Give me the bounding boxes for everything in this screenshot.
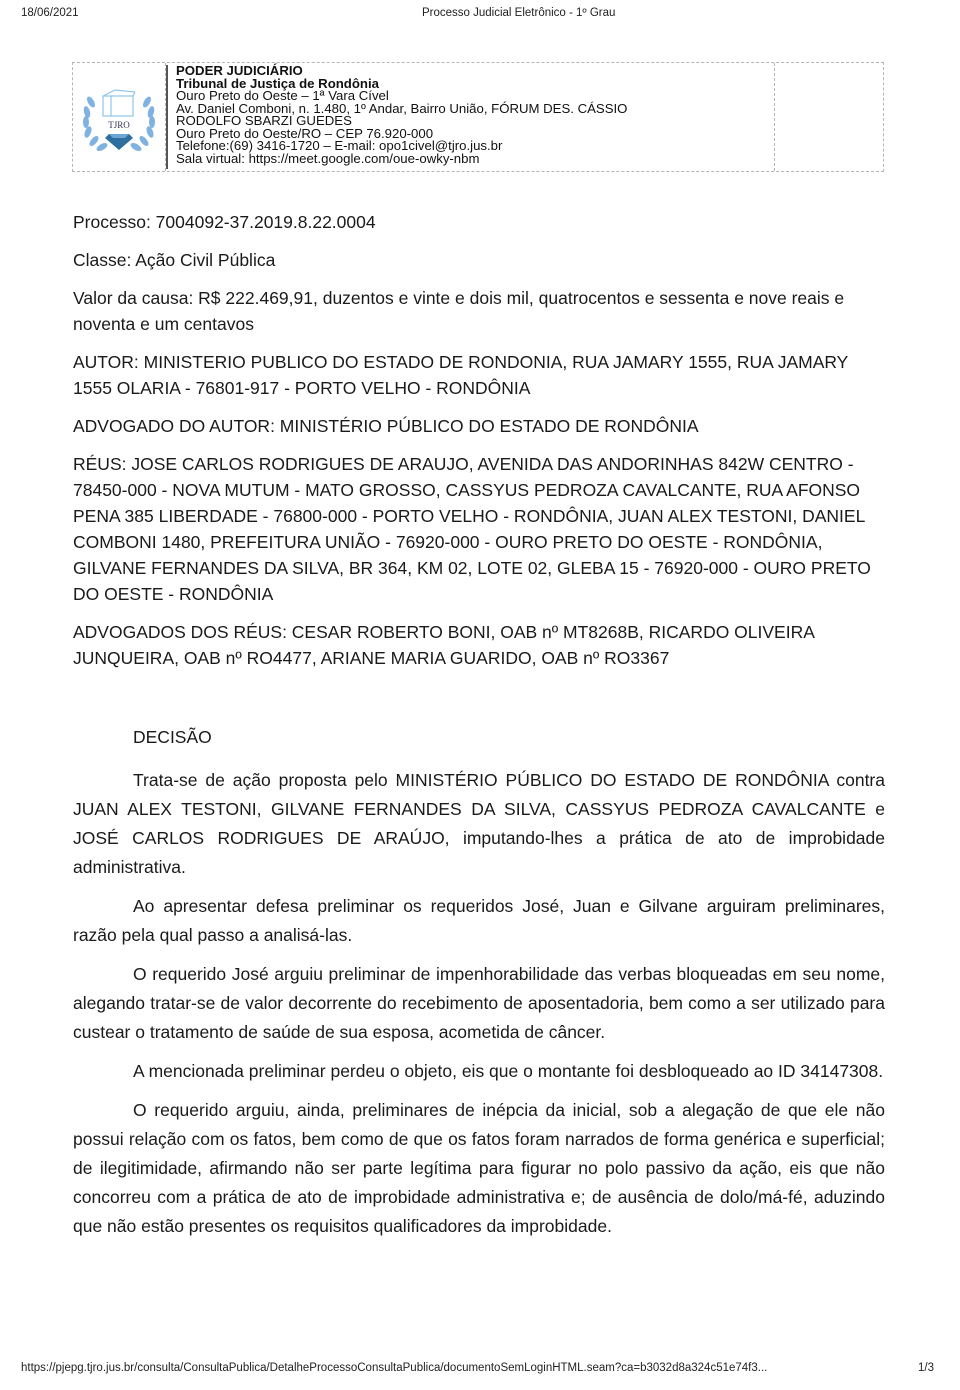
decision-paragraph: O requerido arguiu, ainda, preliminares … <box>73 1096 885 1241</box>
print-footer: https://pjepg.tjro.jus.br/consulta/Consu… <box>0 1362 960 1378</box>
logo-divider <box>166 65 168 169</box>
svg-text:TJRO: TJRO <box>108 120 130 130</box>
case-class: Classe: Ação Civil Pública <box>73 247 885 273</box>
case-defendants: RÉUS: JOSE CARLOS RODRIGUES DE ARAUJO, A… <box>73 451 885 607</box>
court-virtual-room: Sala virtual: https://meet.google.com/ou… <box>176 153 774 166</box>
letterhead: TJRO PODER JUDICIÁRIO Tribunal de Justiç… <box>72 62 884 172</box>
case-number: Processo: 7004092-37.2019.8.22.0004 <box>73 209 885 235</box>
print-header: 18/06/2021 Processo Judicial Eletrônico … <box>0 7 960 23</box>
decision-paragraph: O requerido José arguiu preliminar de im… <box>73 960 885 1047</box>
case-plaintiff: AUTOR: MINISTERIO PUBLICO DO ESTADO DE R… <box>73 349 885 401</box>
case-metadata: Processo: 7004092-37.2019.8.22.0004 Clas… <box>73 209 885 683</box>
print-title: Processo Judicial Eletrônico - 1º Grau <box>422 7 615 19</box>
case-defendants-lawyers: ADVOGADOS DOS RÉUS: CESAR ROBERTO BONI, … <box>73 619 885 671</box>
case-value: Valor da causa: R$ 222.469,91, duzentos … <box>73 285 885 337</box>
decision-heading: DECISÃO <box>133 727 212 748</box>
footer-url: https://pjepg.tjro.jus.br/consulta/Consu… <box>21 1362 767 1374</box>
decision-paragraph: Trata-se de ação proposta pelo MINISTÉRI… <box>73 766 885 882</box>
decision-body: Trata-se de ação proposta pelo MINISTÉRI… <box>73 766 885 1251</box>
print-date: 18/06/2021 <box>21 7 79 19</box>
letterhead-blank-cell <box>774 63 883 171</box>
logo-cell: TJRO <box>73 63 166 171</box>
tjro-logo-icon: TJRO <box>77 72 161 162</box>
page-number: 1/3 <box>918 1362 934 1374</box>
decision-paragraph: A mencionada preliminar perdeu o objeto,… <box>73 1057 885 1086</box>
case-plaintiff-lawyer: ADVOGADO DO AUTOR: MINISTÉRIO PÚBLICO DO… <box>73 413 885 439</box>
court-info: PODER JUDICIÁRIO Tribunal de Justiça de … <box>166 63 774 171</box>
decision-paragraph: Ao apresentar defesa preliminar os reque… <box>73 892 885 950</box>
